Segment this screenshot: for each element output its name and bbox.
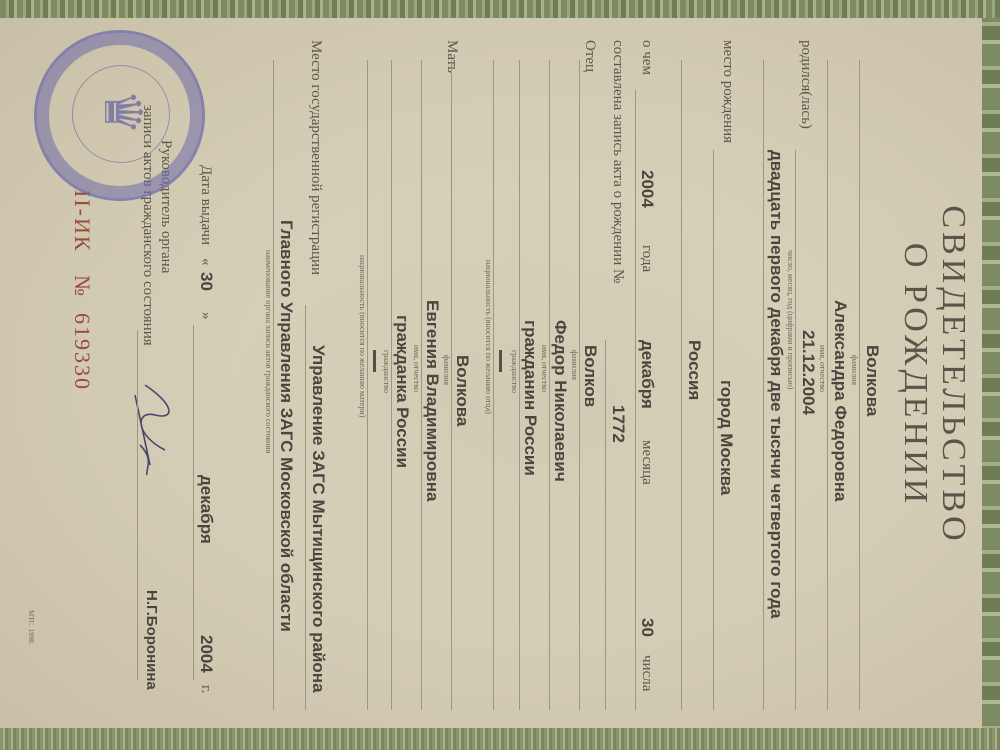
mother-nationality-dash: [373, 350, 376, 372]
rule: [605, 340, 606, 710]
rule: [391, 60, 392, 710]
title-line-2: О РОЖДЕНИИ: [896, 0, 934, 750]
rule: [305, 305, 306, 710]
rule: [795, 150, 796, 710]
birth-date-caption: число, месяц, год (цифрами и прописью): [786, 250, 795, 389]
rule: [273, 60, 274, 710]
ornamental-border-top: [982, 0, 1000, 750]
record-year: 2004: [637, 170, 657, 208]
issue-date-label: Дата выдачи: [197, 165, 214, 245]
mother-surname: Волкова: [452, 355, 472, 426]
head-signer-name: Н.Г.Боронина: [143, 590, 160, 690]
rule: [519, 60, 520, 710]
record-day: 30: [637, 618, 657, 637]
child-name-caption: имя, отчество: [818, 345, 827, 392]
rule: [579, 60, 580, 710]
serial-number-sign: №: [70, 275, 95, 298]
registration-label: Место государственной регистрации: [307, 40, 324, 275]
child-name: Александра Федоровна: [830, 300, 850, 501]
serial-series: II-ИК: [70, 190, 95, 253]
double-headed-eagle-icon: ♛: [82, 77, 162, 147]
signature: [125, 375, 185, 485]
printer-mark: МТС. 1998.: [27, 610, 35, 644]
birth-date-digits: 21.12.2004: [798, 330, 818, 415]
rule: [193, 325, 194, 680]
rule: [827, 60, 828, 710]
mother-citizenship-caption: гражданство: [382, 350, 391, 393]
father-citizenship-caption: гражданство: [510, 350, 519, 393]
ornamental-border-left: [0, 0, 1000, 18]
serial-digits: 619330: [70, 313, 95, 391]
mother-surname-caption: фамилия: [442, 355, 451, 385]
document-title: СВИДЕТЕЛЬСТВО О РОЖДЕНИИ: [896, 0, 972, 750]
rule: [713, 150, 714, 710]
issue-month: декабря: [196, 475, 216, 544]
issue-year-suffix: г.: [197, 685, 214, 693]
official-seal: ♛: [34, 30, 205, 201]
birth-certificate: СВИДЕТЕЛЬСТВО О РОЖДЕНИИ Волкова фамилия…: [0, 0, 1000, 750]
issue-open-quote: «: [197, 258, 214, 266]
born-label: родился(лась): [797, 40, 814, 129]
mother-name-caption: имя, отчество: [412, 345, 421, 392]
issue-day: 30: [196, 272, 216, 291]
ornamental-border-right: [0, 728, 1000, 750]
record-month: декабря: [637, 340, 657, 409]
father-name: Федор Николаевич: [550, 320, 570, 482]
registration-caption: наименование органа записи актов граждан…: [264, 250, 273, 453]
rule: [137, 330, 138, 680]
child-surname: Волкова: [862, 345, 882, 416]
birth-place-label: место рождения: [719, 40, 736, 143]
record-day-label: числа: [638, 655, 655, 691]
rule: [421, 60, 422, 710]
father-surname-caption: фамилия: [570, 350, 579, 380]
birth-place-country: Россия: [684, 340, 704, 400]
registration-line-2: Главного Управления ЗАГС Московской обла…: [276, 220, 296, 632]
father-nationality-dash: [499, 350, 502, 372]
rule: [763, 60, 764, 710]
rule: [493, 60, 494, 710]
father-name-caption: имя, отчество: [540, 345, 549, 392]
registration-line-1: Управление ЗАГС Мытищинского района: [308, 345, 328, 693]
mother-nationality-caption: национальность (вносится по желанию мате…: [358, 255, 367, 417]
mother-citizenship: гражданка России: [392, 315, 412, 468]
father-nationality-caption: национальность (вносится по желанию отца…: [484, 260, 493, 414]
rule: [681, 60, 682, 710]
father-label: Отец: [581, 40, 598, 72]
record-number: 1772: [608, 405, 628, 443]
mother-name: Евгения Владимировна: [422, 300, 442, 501]
rule: [549, 60, 550, 710]
child-surname-caption: фамилия: [850, 355, 859, 385]
rule: [859, 60, 860, 710]
birth-date-words: двадцать первого декабря две тысячи четв…: [766, 150, 786, 619]
issue-close-quote: »: [197, 312, 214, 320]
record-about-label: о чем: [638, 40, 655, 75]
issue-year: 2004: [196, 635, 216, 673]
serial-number: II-ИК № 619330: [69, 190, 95, 391]
record-act-label: составлена запись акта о рождении №: [609, 40, 626, 283]
rule: [451, 60, 452, 710]
title-line-1: СВИДЕТЕЛЬСТВО: [934, 0, 972, 750]
record-month-label: месяца: [638, 440, 655, 485]
father-citizenship: гражданин России: [520, 320, 540, 476]
father-surname: Волков: [580, 345, 600, 407]
rule: [367, 60, 368, 710]
rule: [635, 90, 636, 710]
birth-place-city: город Москва: [716, 380, 736, 495]
record-year-label: года: [638, 245, 655, 272]
